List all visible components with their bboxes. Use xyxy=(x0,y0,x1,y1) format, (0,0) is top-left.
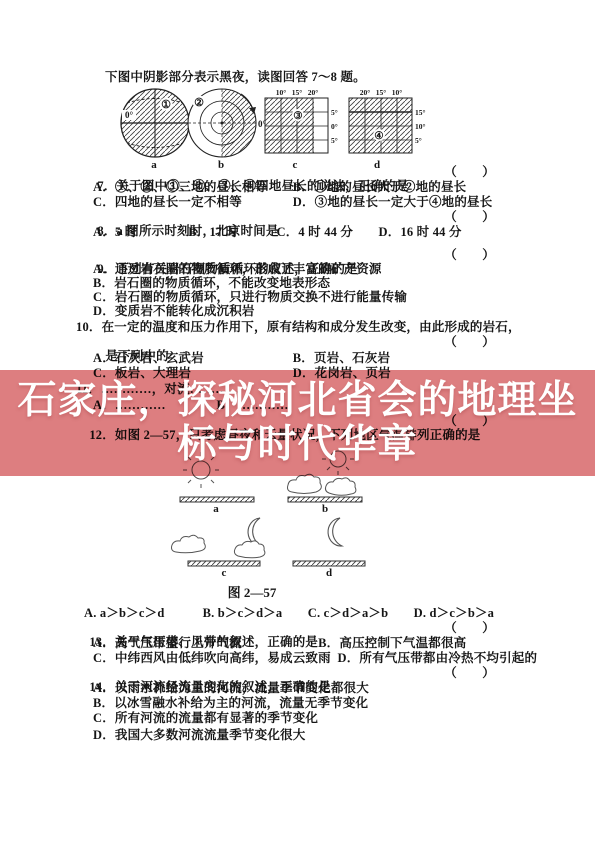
grid-d-top-2: 10° xyxy=(392,88,403,97)
moon-icon xyxy=(328,518,342,546)
promo-banner-title-line-1: 石家庄，探秘河北省会的地理坐 xyxy=(17,379,577,423)
answer-bracket: （ ） xyxy=(444,666,495,680)
question-14-option-a: A．以雨水补给为主的河流，流量季节变化都很大 xyxy=(93,681,369,695)
question-14-option-d: D．我国大多数河流流量季节变化很大 xyxy=(93,728,305,742)
figure1-instruction: 下图中阴影部分表示黑夜，读图回答 7～8 题。 xyxy=(105,70,366,84)
marker-1: ① xyxy=(161,99,171,111)
promo-banner-title: 石家庄，探秘河北省会的地理坐 标与时代华章 xyxy=(0,370,595,476)
ground-d xyxy=(293,561,365,566)
grid-d-top-0: 20° xyxy=(360,88,371,97)
answer-bracket: （ ） xyxy=(444,335,495,349)
question-9-option-d: D．变质岩不能转化成沉积岩 xyxy=(93,304,255,318)
globe-side-diagram: ① 0° a xyxy=(121,89,189,170)
grid-c-right-0: 5° xyxy=(331,108,338,117)
panel2-a-label: a xyxy=(213,503,219,515)
grid-diagram-d: 20° 15° 10° 15° 10° 5° ④ d xyxy=(349,88,426,170)
grid-d-right-1: 10° xyxy=(415,122,426,131)
question-10-options-row-1: A．石灰岩、玄武岩 B．页岩、石灰岩 xyxy=(93,351,390,365)
answer-bracket: （ ） xyxy=(444,165,495,179)
grid-c-right-1: 0° xyxy=(331,122,338,131)
figure1-diagrams: ① 0° a ② 0° b xyxy=(105,86,445,175)
exam-paper-page: 下图中阴影部分表示黑夜，读图回答 7～8 题。 ① 0° a xyxy=(0,0,595,842)
question-9-option-a: A．通过岩石圈的物质循环，形成了丰富的矿产资源 xyxy=(93,262,382,276)
panel2-b-label: b xyxy=(322,503,328,515)
question-7-options-row-2: C．四地的昼长一定不相等 D．③地的昼长一定大于④地的昼长 xyxy=(93,195,492,209)
marker-3: ③ xyxy=(293,110,303,122)
promo-banner-title-line-2: 标与时代华章 xyxy=(177,423,417,467)
question-8-options-row: A．5 时 B．17 时 C．4 时 44 分 D．16 时 44 分 xyxy=(93,225,462,239)
question-7-options-row-1: A．①、②、③三地的昼长相等 B．①地的昼长大于②地的昼长 xyxy=(93,180,466,194)
question-13-options-row-1: A．高气压带盛行上升气流 B．高压控制下气温都很高 xyxy=(93,636,466,650)
question-14-option-b: B．以冰雪融水补给为主的河流，流量无季节变化 xyxy=(93,696,368,710)
marker-2: ② xyxy=(194,97,204,109)
globe-polar-diagram: ② 0° b xyxy=(188,89,267,170)
grid-c-right-2: 5° xyxy=(331,136,338,145)
marker-4: ④ xyxy=(374,130,384,142)
ground-a xyxy=(180,497,254,502)
question-12-options-row: A. a＞b＞c＞d B. b＞c＞d＞a C. c＞d＞a＞b D. d＞c＞… xyxy=(84,606,494,620)
answer-bracket: （ ） xyxy=(444,210,495,224)
grid-c-top-2: 20° xyxy=(308,88,319,97)
grid-diagram-c: 10° 15° 20° 5° 0° 5° ③ c xyxy=(265,88,338,170)
ground-c xyxy=(188,561,260,566)
figure2-caption: 图 2—57 xyxy=(228,585,277,600)
grid-d-right-2: 5° xyxy=(415,136,422,145)
panel2-d-label: d xyxy=(326,567,332,579)
question-9-option-b: B．岩石圈的物质循环，不能改变地表形态 xyxy=(93,276,330,290)
grid-c-top-0: 10° xyxy=(276,88,287,97)
answer-bracket: （ ） xyxy=(444,248,495,262)
question-14-option-c: C．所有河流的流量都有显著的季节变化 xyxy=(93,711,318,725)
grid-d-top-1: 15° xyxy=(376,88,387,97)
question-10-stem-line-1: 10．在一定的温度和压力作用下，原有结构和成分发生改变，由此形成的岩石， xyxy=(76,320,521,334)
panel2-c-label: c xyxy=(222,567,227,579)
answer-bracket: （ ） xyxy=(444,621,495,635)
grid-d-right-0: 15° xyxy=(415,108,426,117)
equator-label-a: 0° xyxy=(125,110,134,120)
question-9-option-c: C．岩石圈的物质循环，只进行物质交换不进行能量传输 xyxy=(93,290,407,304)
ground-b xyxy=(288,497,362,502)
grid-c-top-1: 15° xyxy=(292,88,303,97)
cloud-icon xyxy=(288,474,356,495)
question-13-options-row-2: C．中纬西风由低纬吹向高纬，易成云致雨 D．所有气压带都由冷热不均引起的 xyxy=(93,651,537,665)
